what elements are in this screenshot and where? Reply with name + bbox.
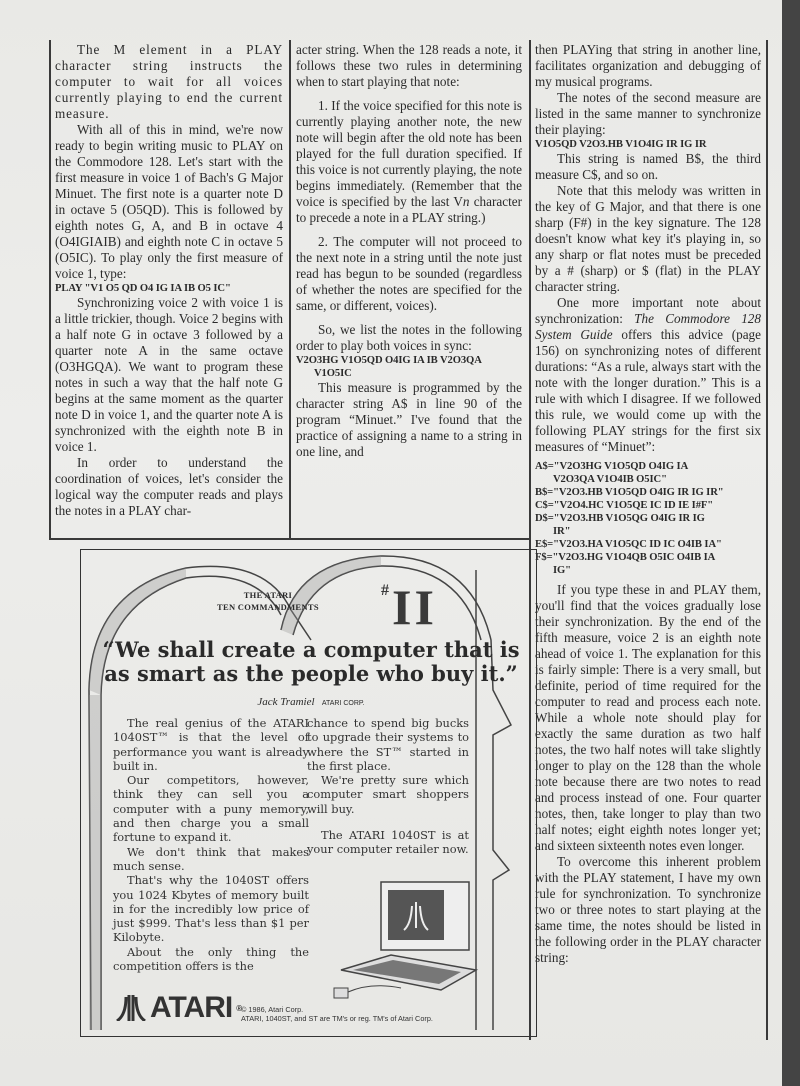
page-edge-shadow	[782, 0, 800, 1086]
ad-header: THE ATARI TEN COMMANDMENTS	[217, 589, 319, 613]
ad-paragraph: The real genius of the ATARI 1040ST™ is …	[113, 716, 309, 773]
paragraph: If you type these in and PLAY them, you'…	[535, 582, 761, 854]
paragraph: Note that this melody was written in the…	[535, 183, 761, 295]
column-rule-bottom-mid	[289, 538, 529, 540]
paragraph: This measure is programmed by the charac…	[296, 380, 522, 460]
atari-wordmark: ATARI	[150, 991, 232, 1025]
paragraph: With all of this in mind, we're now read…	[55, 122, 283, 282]
article-column-2: acter string. When the 128 reads a note,…	[296, 42, 522, 460]
paragraph: The notes of the second measure are list…	[535, 90, 761, 138]
paragraph: To overcome this inherent problem with t…	[535, 854, 761, 966]
ad-legal-text: © 1986, Atari Corp. ATARI, 1040ST, and S…	[241, 1005, 433, 1023]
signature: Jack Tramiel	[257, 696, 314, 708]
string-line: A$="V2O3HG V1O5QD O4IG IAV2O3QA V1O4IB O…	[535, 460, 761, 486]
ad-header-line: TEN COMMANDMENTS	[217, 601, 319, 613]
column-rule-1-2	[289, 40, 291, 539]
ad-header-line: THE ATARI	[217, 589, 319, 601]
ad-body-right: chance to spend big bucks to upgrade the…	[307, 716, 469, 857]
ad-body-left: The real genius of the ATARI 1040ST™ is …	[113, 716, 309, 973]
ad-paragraph: Our competitors, however, think they can…	[113, 773, 309, 844]
atari-computer-illustration	[331, 870, 481, 1000]
string-line: E$="V2O3.HA V1O5QC ID IC O4IB IA"	[535, 538, 761, 551]
commandment-number: #II	[381, 578, 437, 636]
string-line: D$="V2O3.HB V1O5QG O4IG IR IGIR"	[535, 512, 761, 538]
paragraph: acter string. When the 128 reads a note,…	[296, 42, 522, 90]
ad-paragraph: About the only thing the competition off…	[113, 945, 309, 974]
string-line: B$="V2O3.HB V1O5QD O4IG IR IG IR"	[535, 486, 761, 499]
article-column-1: The M element in a PLAY character string…	[55, 42, 283, 519]
paragraph: One more important note about synchroniz…	[535, 295, 761, 455]
string-line: C$="V2O4.HC V1O5QE IC ID IE I#F"	[535, 499, 761, 512]
copyright-line: © 1986, Atari Corp.	[241, 1005, 433, 1014]
signature-corp: ATARI CORP.	[322, 700, 365, 707]
roman-numeral: II	[392, 579, 437, 635]
article-column-3: then PLAYing that string in another line…	[535, 42, 761, 966]
code-listing: PLAY "V1 O5 QD O4 IG IA IB O5 IC"	[55, 282, 283, 295]
column-rule-right	[766, 40, 768, 1040]
trademark-line: ATARI, 1040ST, and ST are TM's or reg. T…	[241, 1014, 433, 1023]
paragraph: Synchronizing voice 2 with voice 1 is a …	[55, 295, 283, 455]
hash-mark: #	[381, 582, 392, 599]
code-listing: V2O3HG V1O5QD O4IG IA IB V2O3QAV1O5IC	[296, 354, 522, 380]
rule-2-paragraph: 2. The computer will not proceed to the …	[296, 234, 522, 314]
italic-n: n	[463, 194, 470, 209]
column-rule-bottom-left	[49, 538, 289, 540]
rule-1-text: 1. If the voice specified for this note …	[296, 98, 522, 209]
ad-paragraph: The ATARI 1040ST is at your computer ret…	[307, 828, 469, 857]
atari-advertisement: THE ATARI TEN COMMANDMENTS #II “We shall…	[80, 549, 537, 1037]
ad-paragraph: That's why the 1040ST offers you 1024 Kb…	[113, 873, 309, 944]
code-listing: V1O5QD V2O3.HB V1O4IG IR IG IR	[535, 138, 761, 151]
ad-paragraph: We don't think that makes much sense.	[113, 845, 309, 874]
ad-headline-quote: “We shall create a computer that is as s…	[101, 638, 521, 716]
code-line: V2O3HG V1O5QD O4IG IA IB V2O3QA	[296, 355, 482, 366]
play-strings-listing: A$="V2O3HG V1O5QD O4IG IAV2O3QA V1O4IB O…	[535, 460, 761, 577]
paragraph: In order to understand the coordination …	[55, 455, 283, 519]
paragraph: The M element in a PLAY character string…	[55, 42, 283, 122]
atari-fuji-icon	[116, 995, 146, 1021]
quote-text: “We shall create a computer that is as s…	[102, 637, 519, 686]
code-line: V1O5IC	[296, 367, 522, 380]
paragraph: then PLAYing that string in another line…	[535, 42, 761, 90]
text: offers this advice (page 156) on synchro…	[535, 327, 761, 454]
ad-paragraph: We're pretty sure which computer smart s…	[307, 773, 469, 816]
string-line: F$="V2O3.HG V1O4QB O5IC O4IB IAIG"	[535, 551, 761, 577]
column-rule-left	[49, 40, 51, 539]
paragraph: This string is named B$, the third measu…	[535, 151, 761, 183]
rule-1-paragraph: 1. If the voice specified for this note …	[296, 98, 522, 226]
paragraph: So, we list the notes in the following o…	[296, 322, 522, 354]
ad-paragraph: chance to spend big bucks to upgrade the…	[307, 716, 469, 773]
magazine-page: The M element in a PLAY character string…	[0, 0, 784, 1086]
atari-logo: ATARI®	[116, 991, 241, 1025]
